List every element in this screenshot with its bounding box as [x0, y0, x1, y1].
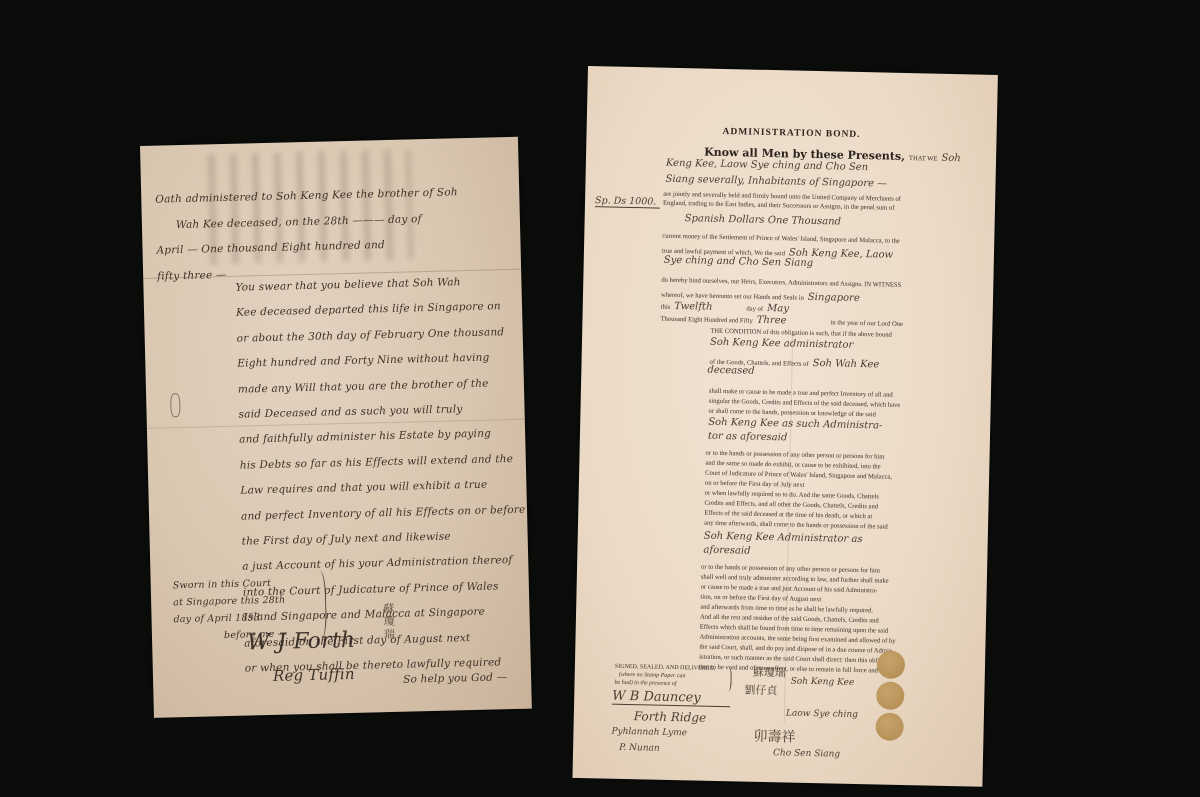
- condition-text-block: or to the hands or possession of any oth…: [699, 563, 899, 677]
- obligor-signature: Soh Keng Kee: [791, 677, 855, 688]
- handwritten-line: tor as aforesaid: [708, 431, 788, 444]
- brace-mark: [724, 667, 732, 691]
- administration-bond-document: ADMINISTRATION BOND. Know all Men by the…: [572, 66, 997, 787]
- witness-signature: P. Nunan: [619, 743, 660, 754]
- signature-forth: W J Forth: [247, 628, 356, 656]
- printed-text: THAT WE: [909, 155, 938, 163]
- handwritten-line: at Singapore this 28th: [173, 592, 287, 612]
- oath-document: Oath administered to Soh Keng Kee the br…: [140, 137, 532, 718]
- handwritten-line: Soh Keng Kee Administrator as: [704, 531, 863, 545]
- condition-text-block: or to the hands or possession of any oth…: [704, 449, 893, 533]
- handwritten-line: Sye ching and Cho Sen Siang: [664, 255, 814, 269]
- printed-line: be had) in the presence of: [614, 679, 714, 689]
- chinese-signature: 蘇瓊瑞: [383, 602, 396, 641]
- bond-title: ADMINISTRATION BOND.: [587, 124, 997, 143]
- witness-signature: Pyhlannah Lyme: [611, 727, 687, 739]
- decorative-mark: [170, 393, 181, 417]
- signed-sealed-block: SIGNED, SEALED, AND DELIVERED, (where no…: [614, 663, 715, 689]
- witness-signature: Forth Ridge: [634, 709, 707, 725]
- handwritten-line: Spanish Dollars One Thousand: [685, 213, 842, 227]
- handwritten-line: Soh Keng Kee administrator: [710, 337, 853, 351]
- oath-closing: So help you God —: [403, 671, 508, 686]
- witness-signature: W B Dauncey: [612, 689, 730, 708]
- chinese-signature: 卯壽祥: [753, 726, 795, 747]
- handwritten-line: aforesaid: [703, 545, 750, 557]
- handwritten-line: Siang severally, Inhabitants of Singapor…: [665, 174, 887, 190]
- chinese-signature: 劉仔貞: [744, 682, 777, 699]
- seal-icon: [876, 681, 905, 710]
- handwritten-text: Three: [757, 315, 787, 327]
- wax-seals: [875, 650, 905, 744]
- printed-text: Thousand Eight Hundred and Fifty: [660, 316, 752, 325]
- obligor-signature: Laow Sye ching: [786, 708, 858, 720]
- chinese-signature: 蘇瓊瑞: [753, 664, 786, 681]
- signature-tuffin: Reg Tuffin: [273, 662, 355, 689]
- obligor-signature: Cho Sen Siang: [773, 748, 840, 759]
- handwritten-text: Soh: [941, 153, 961, 164]
- handwritten-line: deceased: [707, 365, 754, 377]
- amount-margin-note: Sp. Ds 1000.: [595, 195, 661, 207]
- handwritten-text: Soh Wah Kee: [813, 358, 880, 370]
- condition-text-block: shall make or cause to be made a true an…: [708, 387, 900, 421]
- seal-icon: [875, 712, 904, 741]
- seal-icon: [877, 650, 906, 679]
- printed-text: in the year of our Lord One: [790, 318, 903, 327]
- handwritten-text: Singapore: [808, 292, 860, 304]
